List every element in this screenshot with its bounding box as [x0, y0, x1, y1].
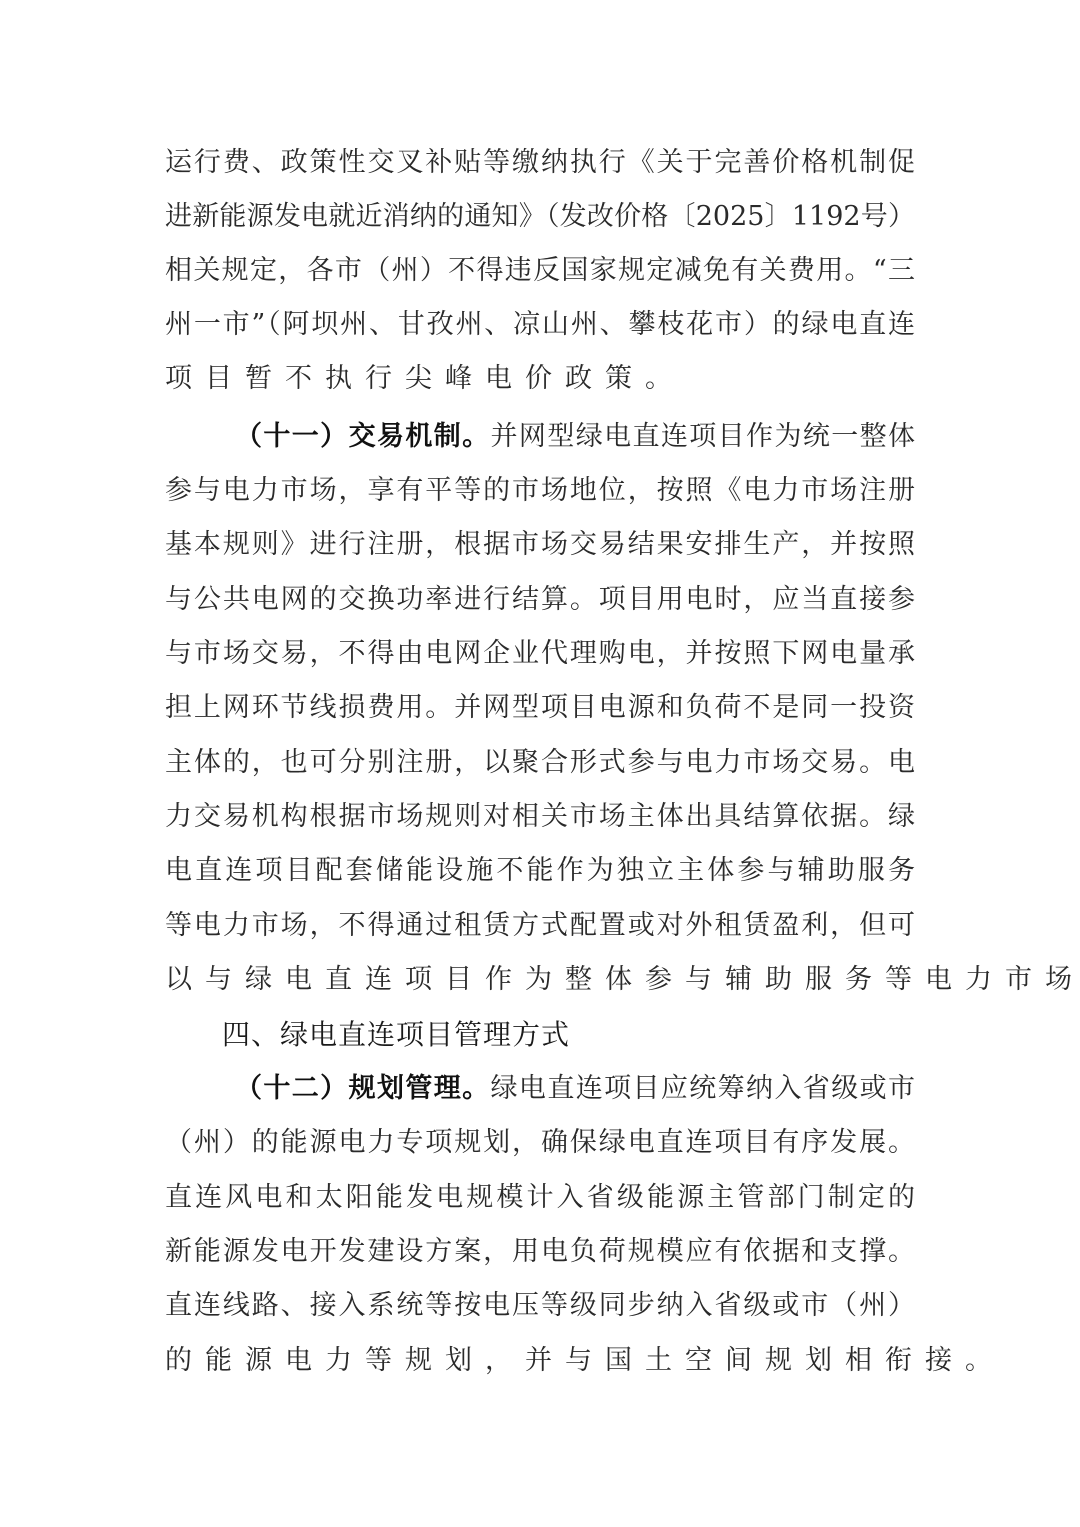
text-line: 以与绿电直连项目作为整体参与辅助服务等电力市场。	[165, 960, 915, 1000]
text-line: 担上网环节线损费用。并网型项目电源和负荷不是同一投资	[165, 688, 915, 728]
clause-title: （十一）交易机制。	[235, 421, 491, 452]
text-line: 州一市”（阿坝州、甘孜州、凉山州、攀枝花市）的绿电直连	[165, 305, 915, 345]
text-line: 主体的，也可分别注册，以聚合形式参与电力市场交易。电	[165, 743, 915, 783]
text-line: 与公共电网的交换功率进行结算。项目用电时，应当直接参	[165, 580, 915, 620]
text-line-first: （十一）交易机制。并网型绿电直连项目作为统一整体	[235, 417, 915, 457]
text-line: 进新能源发电就近消纳的通知》（发改价格〔2025〕1192号）	[165, 197, 915, 237]
clause-text: 并网型绿电直连项目作为统一整体	[491, 421, 915, 452]
clause-text: 绿电直连项目应统筹纳入省级或市	[491, 1073, 915, 1104]
document-page: 运行费、政策性交叉补贴等缴纳执行《关于完善价格机制促 进新能源发电就近消纳的通知…	[0, 0, 1080, 1527]
text-line: 新能源发电开发建设方案，用电负荷规模应有依据和支撑。	[165, 1232, 915, 1272]
text-line: 电直连项目配套储能设施不能作为独立主体参与辅助服务	[165, 851, 915, 891]
section-heading: 四、绿电直连项目管理方式	[222, 1015, 570, 1055]
text-line: 直连风电和太阳能发电规模计入省级能源主管部门制定的	[165, 1178, 915, 1218]
text-line: 基本规则》进行注册，根据市场交易结果安排生产，并按照	[165, 525, 915, 565]
text-line: 的能源电力等规划，并与国土空间规划相衔接。	[165, 1341, 915, 1381]
text-line: 参与电力市场，享有平等的市场地位，按照《电力市场注册	[165, 471, 915, 511]
text-line: 等电力市场，不得通过租赁方式配置或对外租赁盈利，但可	[165, 906, 915, 946]
text-line: （州）的能源电力专项规划，确保绿电直连项目有序发展。	[165, 1123, 915, 1163]
text-line: 运行费、政策性交叉补贴等缴纳执行《关于完善价格机制促	[165, 143, 915, 183]
text-line-first: （十二）规划管理。绿电直连项目应统筹纳入省级或市	[235, 1069, 915, 1109]
text-line: 力交易机构根据市场规则对相关市场主体出具结算依据。绿	[165, 797, 915, 837]
text-line: 直连线路、接入系统等按电压等级同步纳入省级或市（州）	[165, 1286, 915, 1326]
text-line: 项目暂不执行尖峰电价政策。	[165, 359, 915, 399]
text-line: 相关规定，各市（州）不得违反国家规定减免有关费用。“三	[165, 251, 915, 291]
clause-title: （十二）规划管理。	[235, 1073, 491, 1104]
text-line: 与市场交易，不得由电网企业代理购电，并按照下网电量承	[165, 634, 915, 674]
